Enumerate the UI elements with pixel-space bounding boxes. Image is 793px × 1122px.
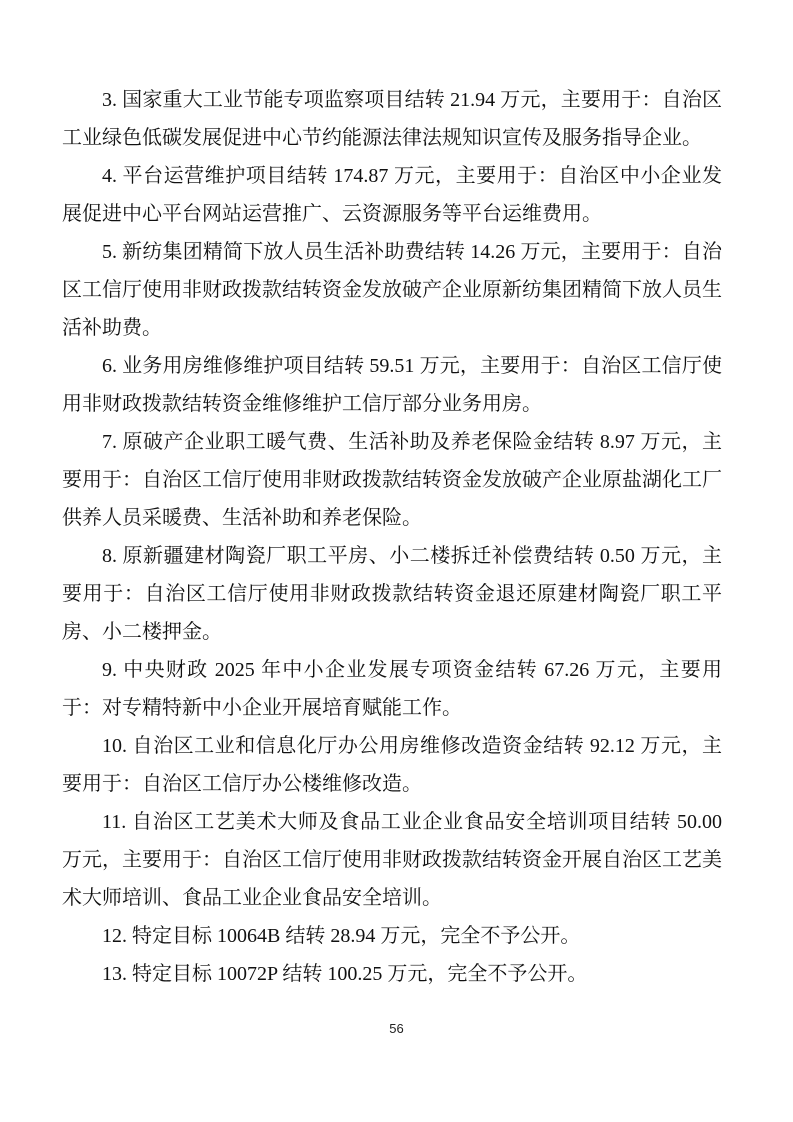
paragraph: 8. 原新疆建材陶瓷厂职工平房、小二楼拆迁补偿费结转 0.50 万元，主要用于：…: [62, 537, 722, 651]
paragraph: 12. 特定目标 10064B 结转 28.94 万元，完全不予公开。: [62, 917, 722, 955]
document-page: 3. 国家重大工业节能专项监察项目结转 21.94 万元，主要用于：自治区工业绿…: [0, 0, 793, 1122]
paragraph: 6. 业务用房维修维护项目结转 59.51 万元，主要用于：自治区工信厅使用非财…: [62, 347, 722, 423]
paragraph: 10. 自治区工业和信息化厅办公用房维修改造资金结转 92.12 万元，主要用于…: [62, 727, 722, 803]
paragraph: 9. 中央财政 2025 年中小企业发展专项资金结转 67.26 万元，主要用于…: [62, 651, 722, 727]
paragraph: 4. 平台运营维护项目结转 174.87 万元，主要用于：自治区中小企业发展促进…: [62, 157, 722, 233]
paragraph: 5. 新纺集团精简下放人员生活补助费结转 14.26 万元，主要用于：自治区工信…: [62, 233, 722, 347]
paragraph: 3. 国家重大工业节能专项监察项目结转 21.94 万元，主要用于：自治区工业绿…: [62, 81, 722, 157]
document-body: 3. 国家重大工业节能专项监察项目结转 21.94 万元，主要用于：自治区工业绿…: [62, 81, 722, 993]
paragraph: 13. 特定目标 10072P 结转 100.25 万元，完全不予公开。: [62, 955, 722, 993]
page-number: 56: [0, 1021, 793, 1037]
paragraph: 7. 原破产企业职工暖气费、生活补助及养老保险金结转 8.97 万元，主要用于：…: [62, 423, 722, 537]
paragraph: 11. 自治区工艺美术大师及食品工业企业食品安全培训项目结转 50.00 万元，…: [62, 803, 722, 917]
